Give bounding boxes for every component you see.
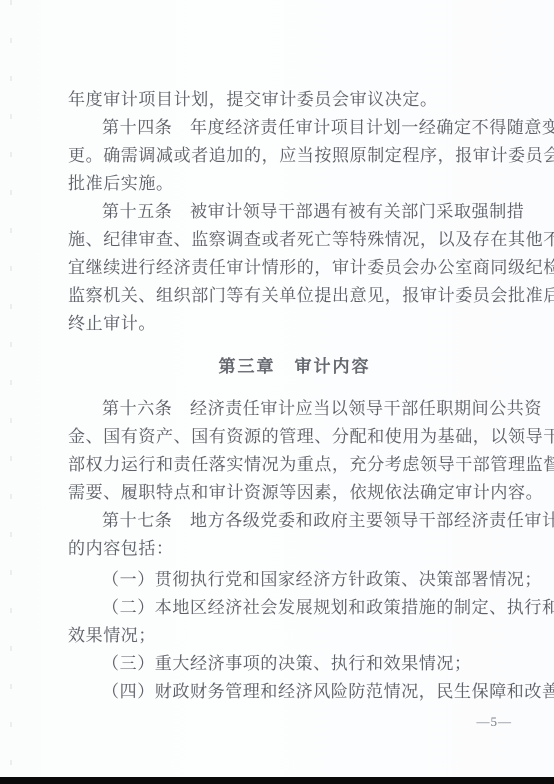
scan-bottom-edge	[0, 777, 554, 784]
doc-line: 终止审计。	[68, 310, 521, 338]
document-content: 年度审计项目计划，提交审计委员会审议决定。 第十四条 年度经济责任审计项目计划一…	[68, 86, 521, 730]
doc-line: 施、纪律审查、监察调查或者死亡等特殊情况，以及存在其他不	[68, 226, 521, 254]
doc-line: 批准后实施。	[68, 170, 521, 198]
doc-line: 第十六条 经济责任审计应当以领导干部任职期间公共资	[68, 395, 521, 423]
document-page: 年度审计项目计划，提交审计委员会审议决定。 第十四条 年度经济责任审计项目计划一…	[0, 0, 554, 784]
doc-line: 第十四条 年度经济责任审计项目计划一经确定不得随意变	[68, 114, 521, 142]
doc-line: 部权力运行和责任落实情况为重点，充分考虑领导干部管理监督	[68, 451, 521, 479]
scan-edge-artifact	[10, 0, 12, 784]
doc-line: 效果情况；	[68, 622, 521, 650]
page-number: —5—	[68, 714, 521, 730]
doc-line: 更。确需调减或者追加的，应当按照原制定程序，报审计委员会	[68, 142, 521, 170]
doc-line: 第十七条 地方各级党委和政府主要领导干部经济责任审计	[68, 507, 521, 535]
doc-list-item: （二）本地区经济社会发展规划和政策措施的制定、执行和	[68, 594, 521, 622]
doc-line: 年度审计项目计划，提交审计委员会审议决定。	[68, 86, 521, 114]
doc-list-item: （四）财政财务管理和经济风险防范情况，民生保障和改善	[68, 678, 521, 706]
chapter-heading: 第三章 审计内容	[68, 353, 521, 381]
doc-line: 监察机关、组织部门等有关单位提出意见，报审计委员会批准后	[68, 282, 521, 310]
doc-line: 的内容包括：	[68, 535, 521, 563]
doc-line: 需要、履职特点和审计资源等因素，依规依法确定审计内容。	[68, 479, 521, 507]
doc-list-item: （三）重大经济事项的决策、执行和效果情况；	[68, 650, 521, 678]
doc-line: 宜继续进行经济责任审计情形的，审计委员会办公室商同级纪检	[68, 254, 521, 282]
doc-line: 金、国有资产、国有资源的管理、分配和使用为基础，以领导干	[68, 423, 521, 451]
doc-list-item: （一）贯彻执行党和国家经济方针政策、决策部署情况；	[68, 566, 521, 594]
doc-line: 第十五条 被审计领导干部遇有被有关部门采取强制措	[68, 198, 521, 226]
